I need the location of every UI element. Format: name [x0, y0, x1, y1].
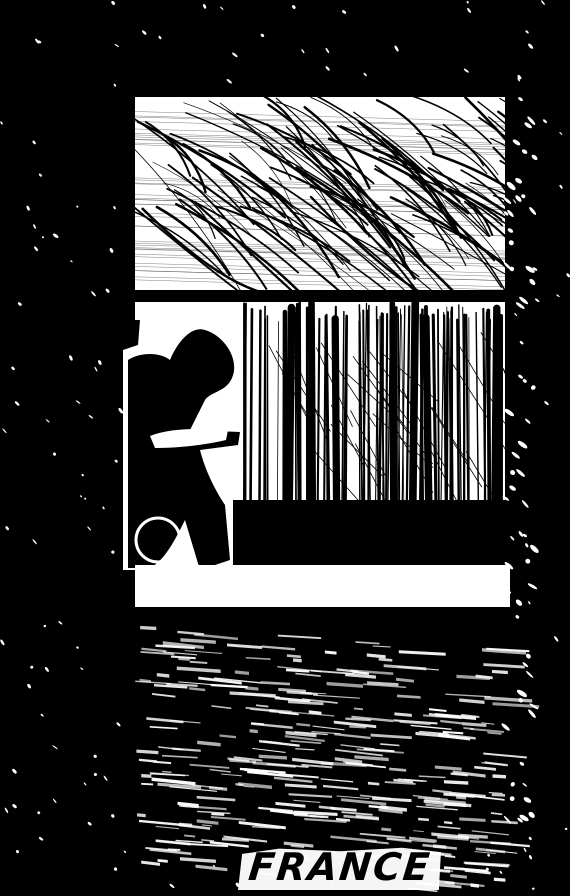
- ink-drawing: [0, 0, 570, 896]
- light-strip: [135, 565, 510, 607]
- top-rail: [135, 290, 505, 302]
- artist-signature: FRANCE: [237, 843, 442, 891]
- cyclist-figure: [123, 320, 240, 570]
